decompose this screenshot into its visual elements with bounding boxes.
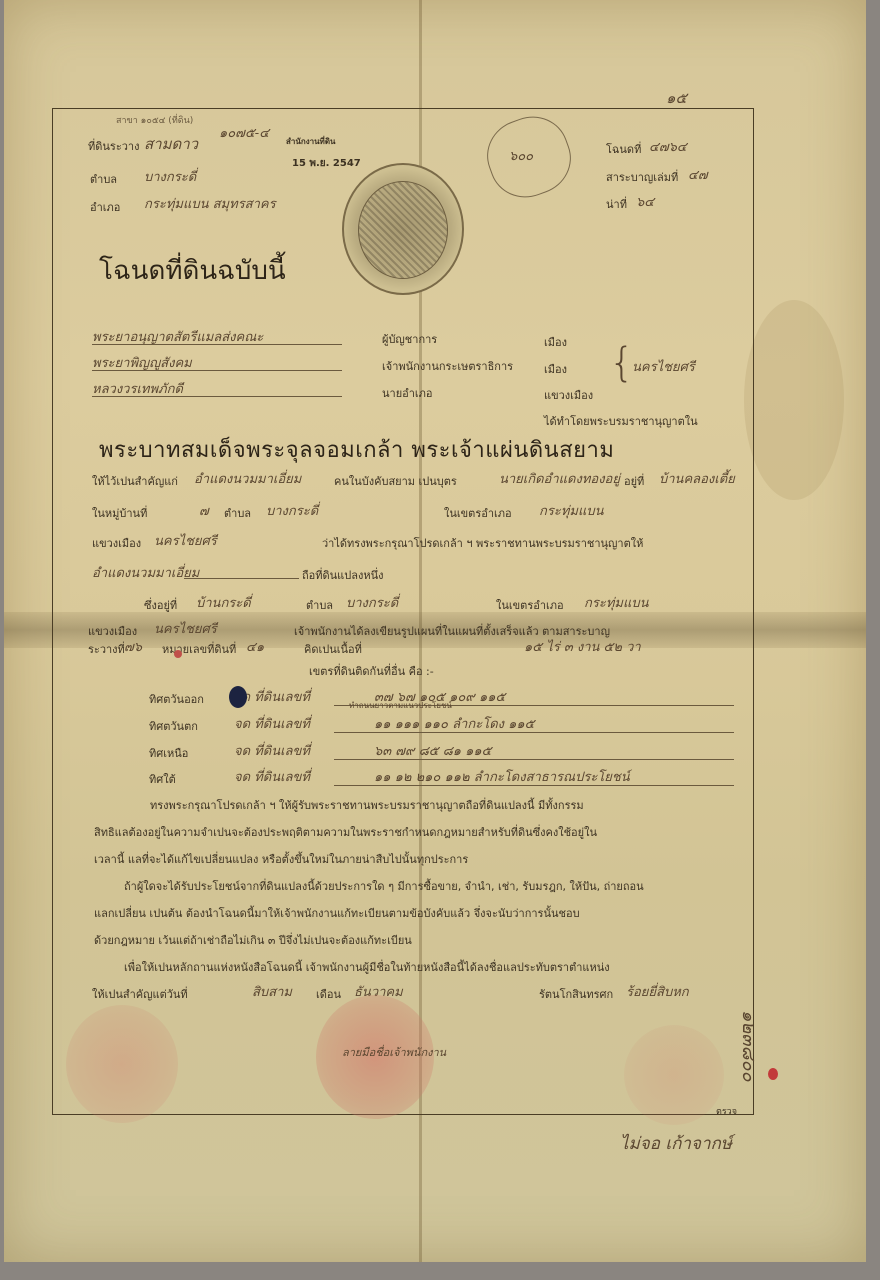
boundaries-header: เขตรที่ดินติดกันที่อื่น คือ :- [309,662,434,680]
district-value: กระทุ่มแบน [539,500,604,521]
rule [334,759,734,760]
boundary-direction: ทิศเหนือ [149,744,188,762]
loc-province-value: นครไชยศรี [154,618,217,639]
located-value: บ้านกระดี่ [196,592,251,613]
deed-paper: ๑๕ สาขา ๑๐๕๔ (ที่ดิน) ที่ดินระวาง สามดาว… [4,0,866,1262]
sheet-value: ๗๖ [124,636,142,657]
survey-no-value: ๔๗ [688,164,708,185]
official-place-1: เมือง [544,333,567,351]
office-stamp: สำนักงานที่ดิน [286,135,336,148]
rule [334,732,734,733]
area-value: ๑๕ ไร่ ๓ งาน ๕๒ วา [524,636,641,657]
body-paragraph: ทรงพระกรุณาโปรดเกล้า ฯ ให้ผู้รับพระราชทา… [94,792,744,819]
boundary-note: ทำถนนยาวตามแนวประโยชน์ [349,699,452,712]
holds-label: ถือที่ดินแปลงหนึ่ง [302,566,384,584]
amphoe-value: กระทุ่มแบน สมุทรสาคร [144,193,276,214]
boundary-values: ๑๑ ๑๒ ๒๑๐ ๑๑๒ ลำกะโดงสาธารณประโยชน์ [374,766,630,787]
tambon-value: บางกระดี่ [266,500,318,521]
body-paragraph: สิทธิแลต้องอยู่ในความจำเปนจะต้องประพฤติต… [94,819,744,846]
land-between-label: ที่ดินระวาง [88,137,139,155]
body-paragraph: ถ้าผู้ใดจะได้รับประโยชน์จากที่ดินแปลงนี้… [94,873,744,900]
located-label: ซึ่งอยู่ที่ [144,596,177,614]
subject-label: คนในบังคับสยาม เปนบุตร [334,472,457,490]
given-to-value: อำแดงนวมมาเอี่ยม [194,468,301,489]
given-to-label: ให้ไว้เปนสำคัญแก่ [92,472,178,490]
tambon-label: ตำบล [224,504,251,522]
rule [92,370,342,371]
land-between-value: สามดาว [144,132,198,156]
margin-handwriting: ๑๒๓๘๐๐ [735,1010,764,1081]
boundary-values: ๑๑ ๑๑๑ ๑๑๐ ลำกะโดง ๑๑๕ [374,713,534,734]
province-value: นครไชยศรี [154,530,217,551]
official-role-2: เจ้าพนักงานกระเษตราธิการ [382,357,513,375]
corner-page-number: ๑๕ [666,86,687,110]
map-number: ๑๐๗๕-๔ [219,122,269,143]
province-bracket-value: นครไชยศรี [632,356,695,377]
red-mark [768,1068,778,1080]
sheet-label: ระวางที่ [88,640,125,658]
bottom-handwriting: ไม่จอ เก้าจากษ์ [620,1130,732,1157]
boundary-adjoins: จด ที่ดินเลขที่ [234,740,310,761]
plot-value: ๔๑ [246,636,264,657]
loc-tambon-value: บางกระดี่ [346,592,398,613]
district-label: ในเขตรอำเภอ [444,504,512,522]
resides-value: บ้านคลองเตี้ย [659,468,735,489]
date-day-value: สิบสาม [252,981,292,1002]
rule [92,396,342,397]
village-label: ในหมู่บ้านที่ [92,504,147,522]
loc-district-value: กระทุ่มแบน [584,592,649,613]
body-paragraph: ด้วยกฎหมาย เว้นแต่ถ้าเช่าถือไม่เกิน ๓ ปี… [94,927,744,954]
loc-district-label: ในเขตรอำเภอ [496,596,564,614]
boundary-direction: ทิศตวันออก [149,690,204,708]
checked-label: ตรวจ [716,1104,737,1118]
authority-line: ได้ทำโดยพระบรมราชานุญาตใน [544,412,698,430]
province-label: แขวงเมือง [92,534,141,552]
ink-blot [229,686,247,708]
area-label: คิดเปนเนื้อที่ [304,640,362,658]
official-role-3: นายอำเภอ [382,384,433,402]
body-paragraph: เพื่อให้เปนหลักถานแห่งหนังสือโฉนดนี้ เจ้… [94,954,744,981]
deed-no-value: ๔๗๖๔ [649,136,687,157]
seal-signature: ลายมือชื่อเจ้าพนักงาน [342,1043,446,1061]
body-paragraph: เวลานี้ แลที่จะได้แก้ไขเปลี่ยนแปลง หรือต… [94,846,744,873]
deed-no-label: โฉนดที่ [606,140,641,158]
official-place-2: เมือง [544,360,567,378]
boundary-direction: ทิศใต้ [149,770,176,788]
brace: { [609,340,634,386]
rule [92,344,342,345]
royal-emblem-seal [342,163,464,295]
year-label: รัตนโกสินทรศก [539,985,613,1003]
parent-value: นายเกิดอำแดงทองอยู่ [499,468,620,489]
village-value: ๗ [199,500,209,521]
survey-no-label: สาระบาญเล่มที่ [606,168,678,186]
holder-value: อำแดงนวมมาเอี่ยม [92,562,199,583]
boundary-adjoins: จด ที่ดินเลขที่ [234,713,310,734]
red-seal-left [66,1005,178,1123]
page-title: โฉนดที่ดินฉบับนี้ [99,250,286,291]
official-role-1: ผู้บัญชาการ [382,330,437,348]
boundary-direction: ทิศตวันตก [149,717,198,735]
rule [334,785,734,786]
date-stamp: 15 พ.ย. 2547 [292,156,361,171]
emblem-pattern [358,181,448,279]
stain [744,300,844,500]
red-seal-right [624,1025,724,1125]
red-mark [174,650,182,658]
royal-title: พระบาทสมเด็จพระจุลจอมเกล้า พระเจ้าแผ่นดิ… [99,432,614,467]
date-label: ให้เปนสำคัญแต่วันที่ [92,985,188,1003]
boundary-values: ๖๓ ๗๙ ๘๕ ๘๑ ๑๑๕ [374,740,491,761]
page-value: ๖๔ [636,191,654,212]
tambon-value: บางกระดี่ [144,166,196,187]
loc-tambon-label: ตำบล [306,596,333,614]
stamp-line: สาขา ๑๐๕๔ (ที่ดิน) [116,113,193,127]
boundary-adjoins: จด ที่ดินเลขที่ [234,766,310,787]
page-label: น่าที่ [606,195,627,213]
resides-label: อยู่ที่ [624,472,644,490]
official-place-3: แขวงเมือง [544,386,593,404]
rule [184,578,299,579]
month-label: เดือน [316,985,341,1003]
circled-note-value: ๖๐๐ [509,145,533,166]
amphoe-label: อำเภอ [90,198,120,216]
tambon-label: ตำบล [90,170,117,188]
royal-grace-text: ว่าได้ทรงพระกรุณาโปรดเกล้า ฯ พระราชทานพร… [322,534,643,552]
plot-label: หมายเลขที่ดินที่ [162,640,236,658]
body-paragraph: แลกเปลี่ยน เปนต้น ต้องนำโฉนดนี้มาให้เจ้า… [94,900,744,927]
year-value: ร้อยยี่สิบหก [626,981,689,1002]
